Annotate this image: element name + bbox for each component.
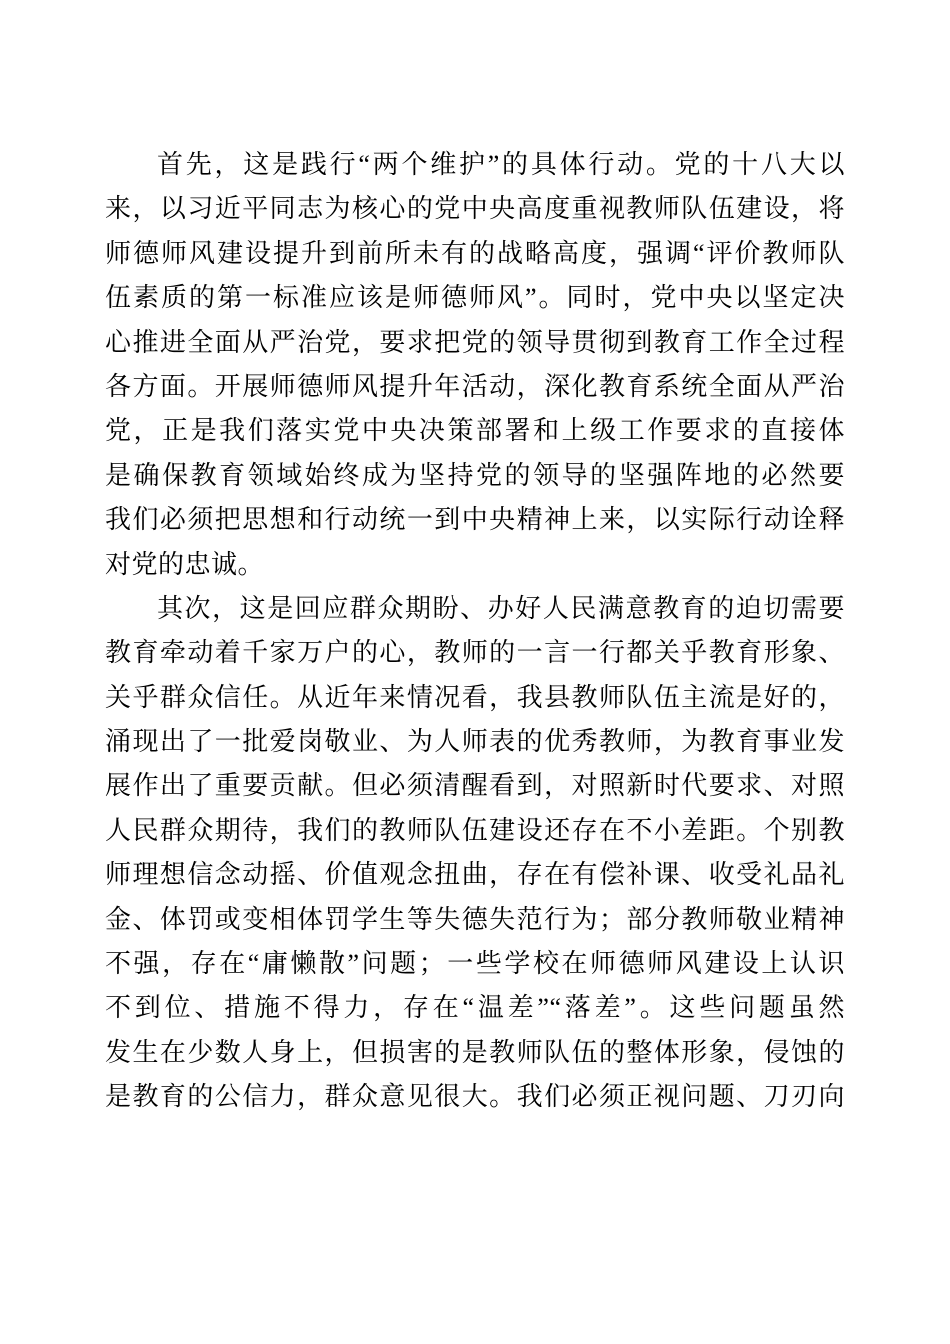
text-line: 各方面。开展师德师风提升年活动，深化教育系统全面从严治 — [105, 365, 845, 409]
text-line: 人民群众期待，我们的教师队伍建设还存在不小差距。个别教 — [105, 809, 845, 853]
text-line: 其次，这是回应群众期盼、办好人民满意教育的迫切需要 — [105, 587, 845, 631]
text-line: 对党的忠诚。 — [105, 543, 845, 587]
document-text-block: 首先，这是践行“两个维护”的具体行动。党的十八大以来，以习近平同志为核心的党中央… — [105, 143, 845, 1120]
text-line: 展作出了重要贡献。但必须清醒看到，对照新时代要求、对照 — [105, 764, 845, 808]
text-line: 是确保教育领域始终成为坚持党的领导的坚强阵地的必然要求。 — [105, 454, 845, 498]
text-line: 是教育的公信力，群众意见很大。我们必须正视问题、刀刃向 — [105, 1075, 845, 1119]
text-line: 伍素质的第一标准应该是师德师风”。同时，党中央以坚定决 — [105, 276, 845, 320]
document-page: 首先，这是践行“两个维护”的具体行动。党的十八大以来，以习近平同志为核心的党中央… — [0, 0, 950, 1344]
text-line: 心推进全面从严治党，要求把党的领导贯彻到教育工作全过程 — [105, 321, 845, 365]
text-line: 不强，存在“庸懒散”问题；一些学校在师德师风建设上认识 — [105, 942, 845, 986]
text-line: 师理想信念动摇、价值观念扭曲，存在有偿补课、收受礼品礼 — [105, 853, 845, 897]
text-line: 金、体罚或变相体罚学生等失德失范行为；部分教师敬业精神 — [105, 898, 845, 942]
text-line: 教育牵动着千家万户的心，教师的一言一行都关乎教育形象、 — [105, 631, 845, 675]
text-line: 党，正是我们落实党中央决策部署和上级工作要求的直接体现， — [105, 409, 845, 453]
text-line: 涌现出了一批爱岗敬业、为人师表的优秀教师，为教育事业发 — [105, 720, 845, 764]
text-line: 来，以习近平同志为核心的党中央高度重视教师队伍建设，将 — [105, 187, 845, 231]
text-line: 首先，这是践行“两个维护”的具体行动。党的十八大以 — [105, 143, 845, 187]
text-line: 我们必须把思想和行动统一到中央精神上来，以实际行动诠释 — [105, 498, 845, 542]
text-line: 不到位、措施不得力，存在“温差”“落差”。这些问题虽然 — [105, 986, 845, 1030]
text-line: 发生在少数人身上，但损害的是教师队伍的整体形象，侵蚀的 — [105, 1031, 845, 1075]
text-line: 关乎群众信任。从近年来情况看，我县教师队伍主流是好的， — [105, 676, 845, 720]
text-line: 师德师风建设提升到前所未有的战略高度，强调“评价教师队 — [105, 232, 845, 276]
